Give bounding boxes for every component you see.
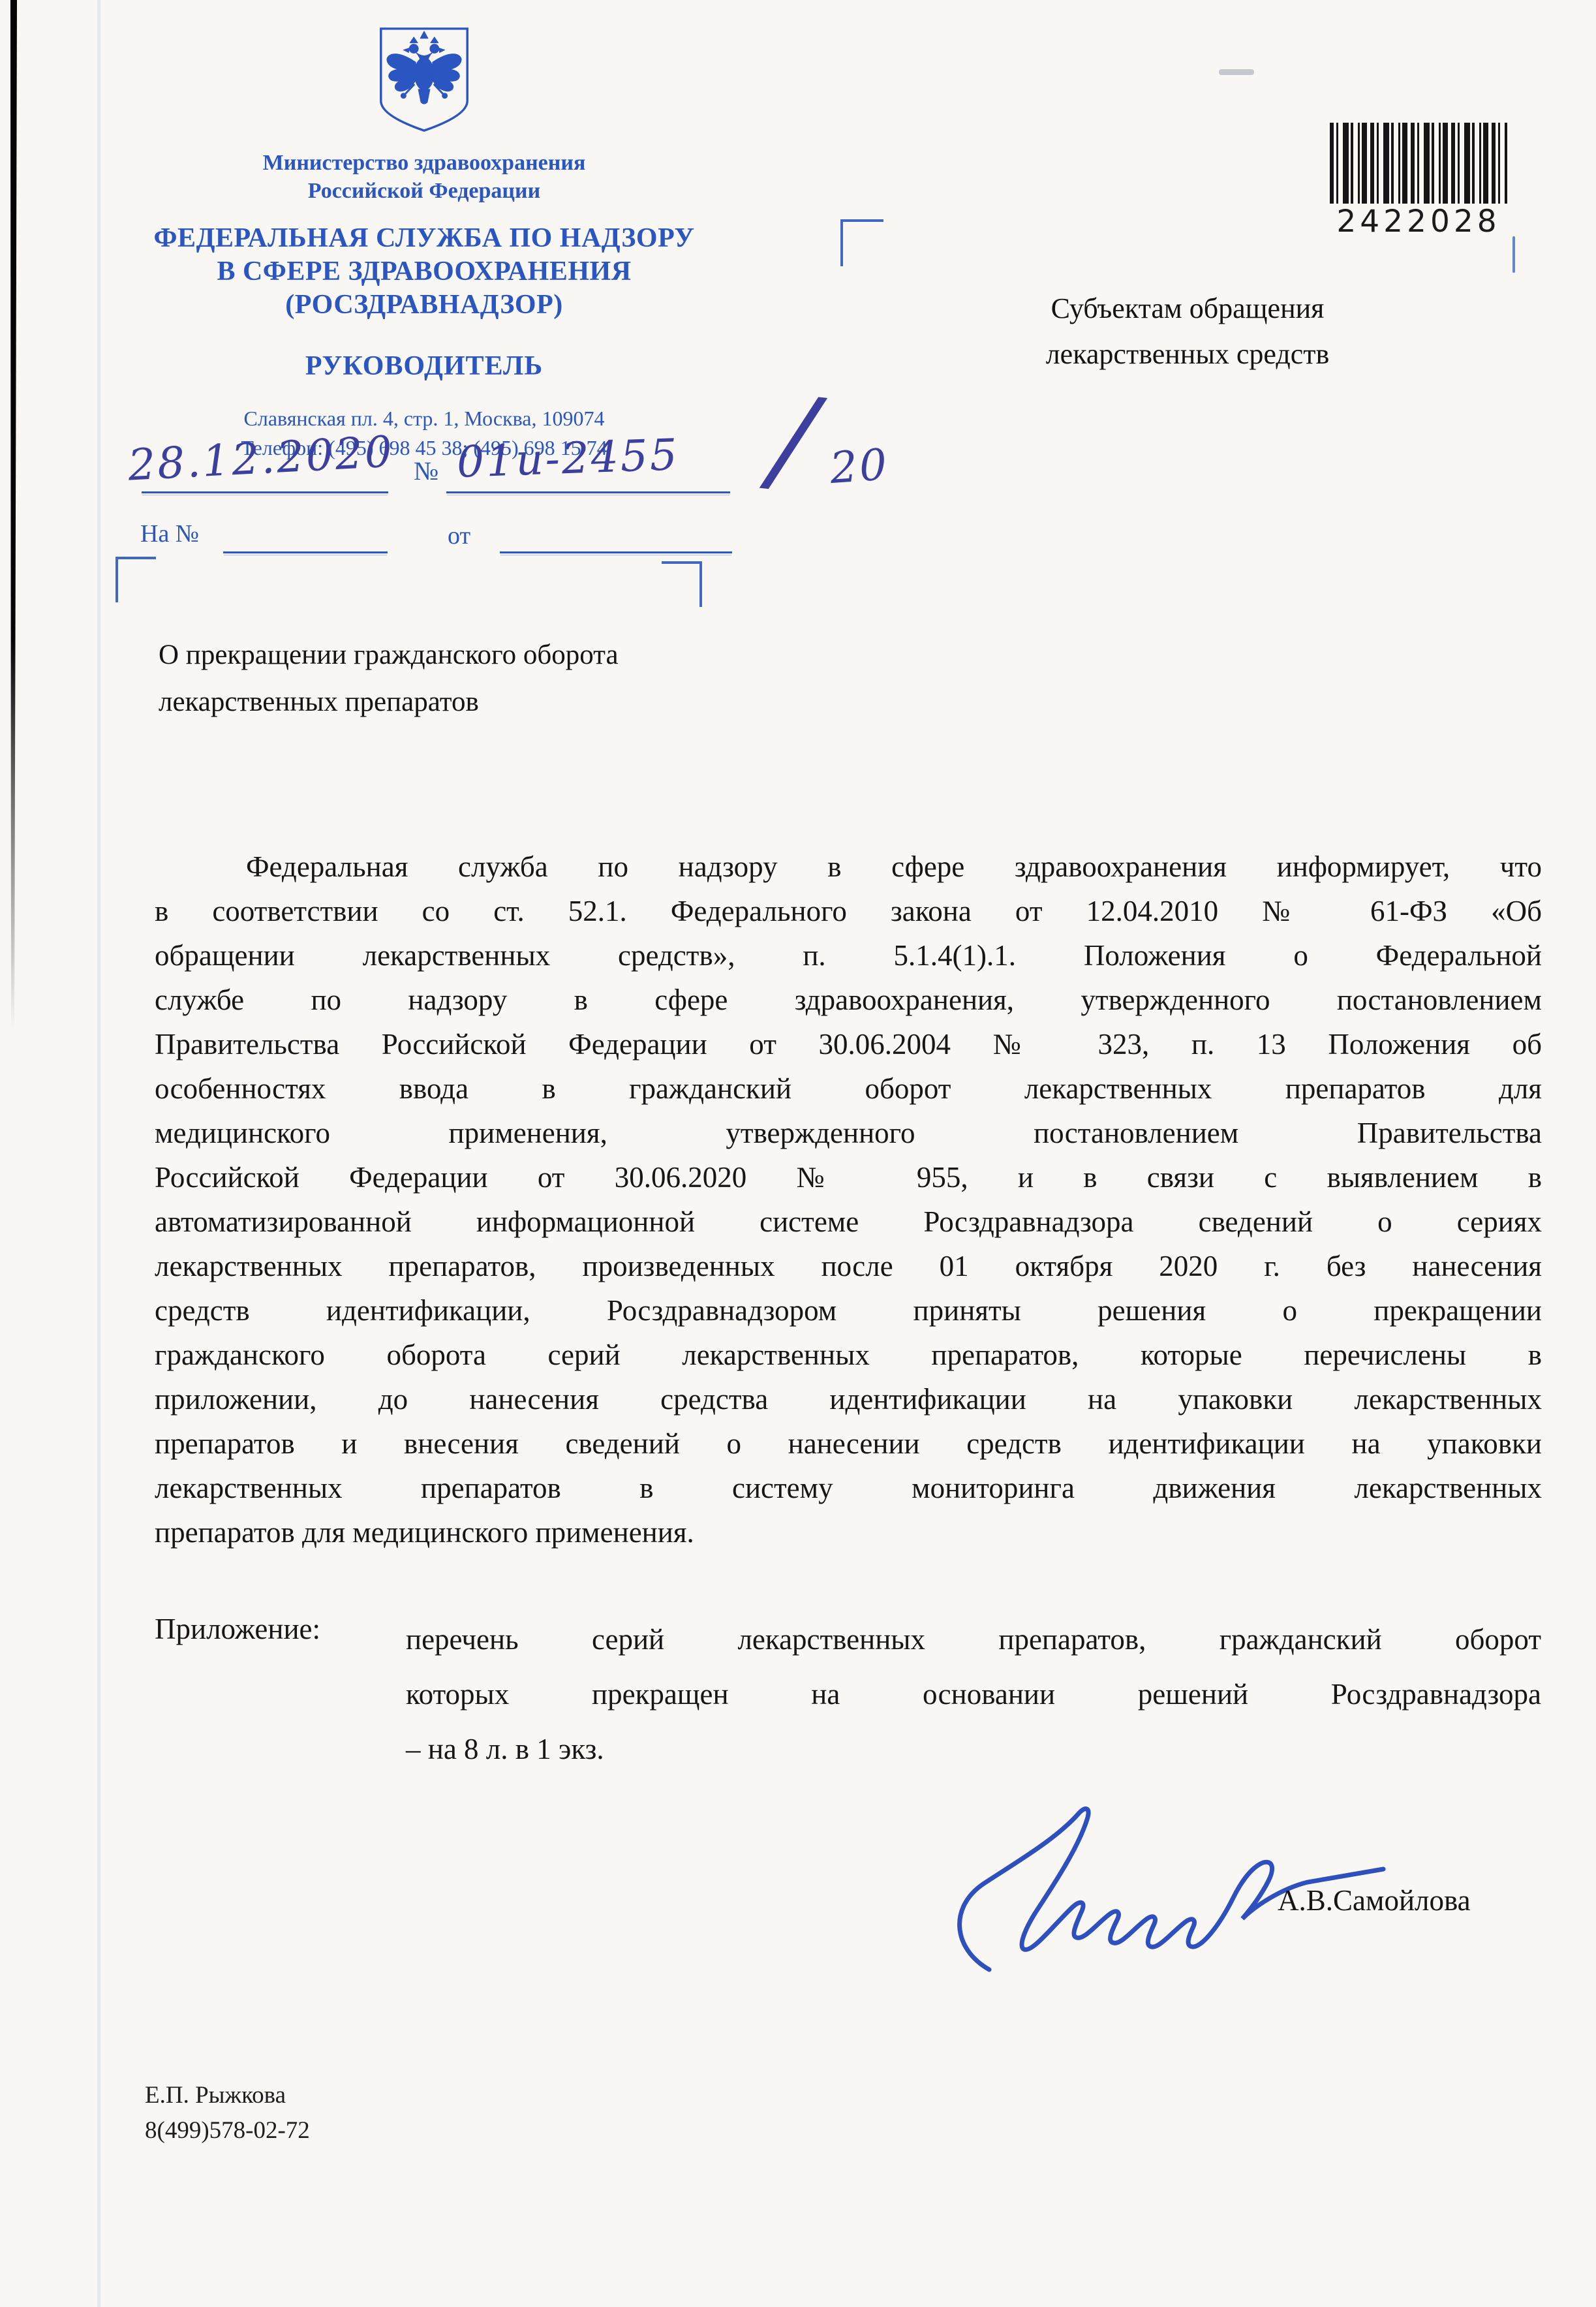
ref-number-handwritten: 01и-2455 xyxy=(456,429,680,488)
ministry-line1: Министерство здравоохранения xyxy=(124,149,724,177)
executor-phone: 8(499)578-02-72 xyxy=(145,2113,310,2148)
subject-line2: лекарственных препаратов xyxy=(159,679,785,726)
body-paragraph: Федеральная служба по надзору в сфере зд… xyxy=(155,844,1542,1555)
body-line: препаратов для медицинского применения. xyxy=(155,1510,1542,1555)
incoming-from-label: от xyxy=(448,521,470,550)
doc-subject: О прекращении гражданского оборота лекар… xyxy=(159,632,785,726)
attachment-line: – на 8 л. в 1 экз. xyxy=(406,1722,1541,1776)
org-address: Славянская пл. 4, стр. 1, Москва, 109074 xyxy=(124,404,724,433)
addressee-line1: Субъектам обращения xyxy=(959,286,1416,332)
signer-role: РУКОВОДИТЕЛЬ xyxy=(124,350,724,382)
ref-date-underline xyxy=(142,491,388,493)
incoming-ref-label: На № xyxy=(140,519,199,548)
service-line1: ФЕДЕРАЛЬНАЯ СЛУЖБА ПО НАДЗОРУ xyxy=(124,222,724,255)
attachment-text: перечень серий лекарственных препаратов,… xyxy=(406,1612,1541,1776)
incoming-from-underline xyxy=(500,551,732,553)
barcode-number: 2422028 xyxy=(1323,204,1514,240)
letterhead: Министерство здравоохранения Российской … xyxy=(124,25,724,463)
body-line: в соответствии со ст. 52.1. Федерального… xyxy=(155,889,1542,933)
executor-name: Е.П. Рыжкова xyxy=(145,2078,310,2113)
executor-block: Е.П. Рыжкова 8(499)578-02-72 xyxy=(145,2078,310,2148)
service-line2: В СФЕРЕ ЗДРАВООХРАНЕНИЯ xyxy=(124,255,724,288)
ministry-line2: Российской Федерации xyxy=(124,177,724,205)
scan-artifact-pen-tick xyxy=(1512,236,1515,273)
subject-line1: О прекращении гражданского оборота xyxy=(159,632,785,679)
body-line: службе по надзору в сфере здравоохранени… xyxy=(155,978,1542,1022)
addressee: Субъектам обращения лекарственных средст… xyxy=(959,286,1416,377)
body-line: средств идентификации, Росздравнадзором … xyxy=(155,1288,1542,1333)
ministry-name: Министерство здравоохранения Российской … xyxy=(124,149,724,205)
body-line: автоматизированной информационной систем… xyxy=(155,1200,1542,1244)
address-zone-right-bracket xyxy=(662,561,702,607)
scan-artifact-dash xyxy=(1219,69,1254,75)
ref-number-sign: № xyxy=(414,456,438,486)
scan-artifact-left-bar xyxy=(10,0,17,1031)
body-line: лекарственных препаратов, произведенных … xyxy=(155,1244,1542,1288)
body-line: лекарственных препаратов в систему монит… xyxy=(155,1466,1542,1510)
body-line: гражданского оборота серий лекарственных… xyxy=(155,1333,1542,1377)
service-name: ФЕДЕРАЛЬНАЯ СЛУЖБА ПО НАДЗОРУ В СФЕРЕ ЗД… xyxy=(124,222,724,322)
attachment-line: перечень серий лекарственных препаратов,… xyxy=(406,1612,1541,1667)
addressee-line2: лекарственных средств xyxy=(959,332,1416,377)
address-zone-left-bracket xyxy=(115,557,156,602)
body-line: медицинского применения, утвержденного п… xyxy=(155,1111,1542,1155)
ref-number-slash: / xyxy=(767,370,820,510)
body-line: Российской Федерации от 30.06.2020 № 955… xyxy=(155,1155,1542,1200)
body-line: Правительства Российской Федерации от 30… xyxy=(155,1022,1542,1066)
incoming-ref-underline xyxy=(223,551,388,553)
body-line: обращении лекарственных средств», п. 5.1… xyxy=(155,933,1542,978)
attachment-line: которых прекращен на основании решений Р… xyxy=(406,1667,1541,1722)
ref-number-suffix: 20 xyxy=(828,439,890,493)
body-line: препаратов и внесения сведений о нанесен… xyxy=(155,1421,1542,1466)
barcode xyxy=(1330,123,1507,204)
russia-coat-of-arms-icon xyxy=(375,25,473,134)
signer-name: А.В.Самойлова xyxy=(1278,1883,1471,1917)
body-line: особенностях ввода в гражданский оборот … xyxy=(155,1066,1542,1111)
body-line: приложении, до нанесения средства иденти… xyxy=(155,1377,1542,1421)
scanned-letter-page: Министерство здравоохранения Российской … xyxy=(0,0,1596,2307)
service-line3: (РОСЗДРАВНАДЗОР) xyxy=(124,288,724,322)
body-line: Федеральная служба по надзору в сфере зд… xyxy=(155,844,1542,889)
attachment-label: Приложение: xyxy=(155,1612,320,1646)
scan-artifact-fold-line xyxy=(97,0,100,2307)
addressee-corner-bracket xyxy=(840,219,883,266)
ref-number-underline xyxy=(446,491,730,493)
